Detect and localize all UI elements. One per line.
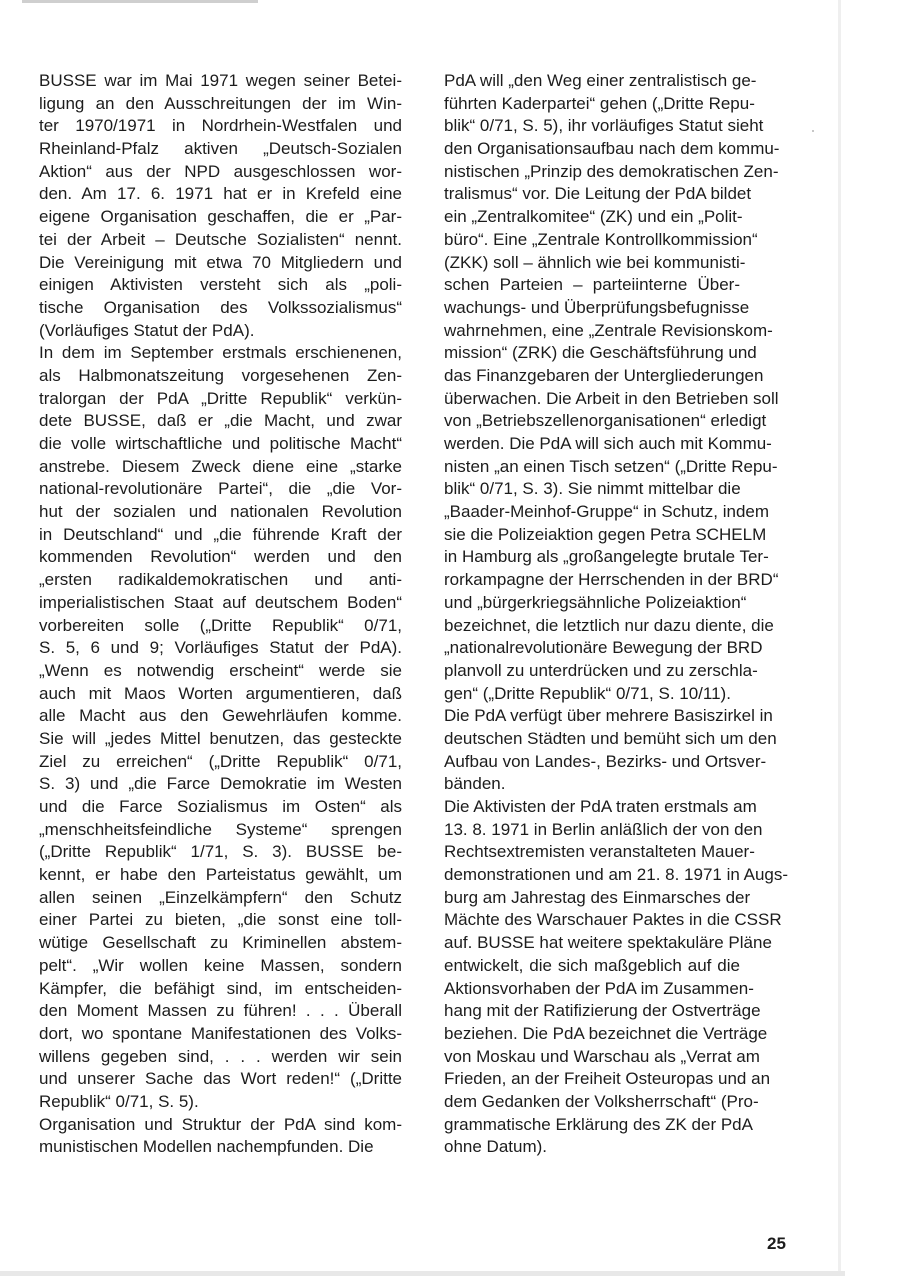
text-line: deutschen Städten und bemüht sich um den [444,728,740,751]
text-line: in Deutschland“ und „die führende Kraft … [39,524,402,547]
text-line: ligung an den Ausschreitungen der im Win… [39,93,402,116]
text-line: allen seinen „Einzelkämpfern“ den Schutz [39,887,402,910]
text-line: munistischen Modellen nachempfunden. Die [39,1136,402,1159]
text-line: („Dritte Republik“ 1/71, S. 3). BUSSE be… [39,841,402,864]
text-line: schen Parteien – parteiinterne Über- [444,274,740,297]
text-line: Frieden, an der Freiheit Osteuropas und … [444,1068,740,1091]
text-line: Die Aktivisten der PdA traten erstmals a… [444,796,740,819]
text-line: „nationalrevolutionäre Bewegung der BRD [444,637,740,660]
text-line: ohne Datum). [444,1136,740,1159]
text-line: Kämpfer, die befähigt sind, im entscheid… [39,978,402,1001]
text-line: büro“. Eine „Zentrale Kontrollkommission… [444,229,740,252]
text-line: wahrnehmen, eine „Zentrale Revisionskom- [444,320,740,343]
text-line: und „bürgerkriegsähnliche Polizeiaktion“ [444,592,740,615]
text-line: als Halbmonatszeitung vorgesehenen Zen- [39,365,402,388]
text-line: PdA will „den Weg einer zentralistisch g… [444,70,740,93]
text-line: pelt“. „Wir wollen keine Massen, sondern [39,955,402,978]
text-line: S. 3) und „die Farce Demokratie im Weste… [39,773,402,796]
text-line: wachungs- und Überprüfungsbefugnisse [444,297,740,320]
text-line: dem Gedanken der Volksherrschaft“ (Pro- [444,1091,740,1114]
text-line: alle Macht aus den Gewehrläufen komme. [39,705,402,728]
text-line: vorbereiten solle („Dritte Republik“ 0/7… [39,615,402,638]
text-line: rorkampagne der Herrschenden in der BRD“ [444,569,740,592]
text-line: tralismus“ vor. Die Leitung der PdA bild… [444,183,740,206]
text-line: 13. 8. 1971 in Berlin anläßlich der von … [444,819,740,842]
text-line: einigen Aktivisten versteht sich als „po… [39,274,402,297]
text-line: bezeichnet, die letztlich nur dazu dient… [444,615,740,638]
text-line: planvoll zu unterdrücken und zu zerschla… [444,660,740,683]
text-line: führten Kaderpartei“ gehen („Dritte Repu… [444,93,740,116]
scan-top-edge [22,0,258,3]
text-line: imperialistischen Staat auf deutschem Bo… [39,592,402,615]
left-text-column: BUSSE war im Mai 1971 wegen seiner Betei… [39,70,402,1159]
text-line: burg am Jahrestag des Einmarsches der [444,887,740,910]
text-line: wütige Gesellschaft zu Kriminellen abste… [39,932,402,955]
text-line: „menschheitsfeindliche Systeme“ sprengen [39,819,402,842]
text-line: blik“ 0/71, S. 5), ihr vorläufiges Statu… [444,115,740,138]
page-number: 25 [767,1234,786,1254]
text-line: nisten „an einen Tisch setzen“ („Dritte … [444,456,740,479]
text-line: Ziel zu erreichen“ („Dritte Republik“ 0/… [39,751,402,774]
text-line: Aktionsvorhaben der PdA im Zusammen- [444,978,740,1001]
text-line: den Moment Massen zu führen! . . . Übera… [39,1000,402,1023]
text-line: Sie will „jedes Mittel benutzen, das ges… [39,728,402,751]
text-line: die volle wirtschaftliche und politische… [39,433,402,456]
text-line: tralorgan der PdA „Dritte Republik“ verk… [39,388,402,411]
text-line: hut der sozialen und nationalen Revoluti… [39,501,402,524]
text-line: werden. Die PdA will sich auch mit Kommu… [444,433,740,456]
text-line: auch mit Maos Worten argumentieren, daß [39,683,402,706]
text-line: In dem im September erstmals erschienene… [39,342,402,365]
text-line: den Organisationsaufbau nach dem kommu- [444,138,740,161]
text-line: nistischen „Prinzip des demokratischen Z… [444,161,740,184]
text-line: Organisation und Struktur der PdA sind k… [39,1114,402,1137]
text-line: auf. BUSSE hat weitere spektakuläre Plän… [444,932,740,955]
text-line: hang mit der Ratifizierung der Ostverträ… [444,1000,740,1023]
text-line: kommenden Revolution“ werden und den [39,546,402,569]
text-line: Aktion“ aus der NPD ausgeschlossen wor- [39,161,402,184]
text-line: eigene Organisation geschaffen, die er „… [39,206,402,229]
text-line: Republik“ 0/71, S. 5). [39,1091,402,1114]
text-line: in Hamburg als „großangelegte brutale Te… [444,546,740,569]
text-line: willens gegeben sind, . . . werden wir s… [39,1046,402,1069]
text-line: bänden. [444,773,740,796]
text-line: tische Organisation des Volkssozialismus… [39,297,402,320]
text-line: einer Partei zu bieten, „die sonst eine … [39,909,402,932]
scan-bottom-edge [0,1271,845,1276]
text-line: ein „Zentralkomitee“ (ZK) und ein „Polit… [444,206,740,229]
right-text-column: PdA will „den Weg einer zentralistisch g… [444,70,740,1159]
scan-right-edge [838,0,841,1276]
text-line: überwachen. Die Arbeit in den Betrieben … [444,388,740,411]
text-line: anstrebe. Diesem Zweck diene eine „stark… [39,456,402,479]
text-line: grammatische Erklärung des ZK der PdA [444,1114,740,1137]
text-line: sie die Polizeiaktion gegen Petra SCHELM [444,524,740,547]
text-line: gen“ („Dritte Republik“ 0/71, S. 10/11). [444,683,740,706]
text-line: BUSSE war im Mai 1971 wegen seiner Betei… [39,70,402,93]
text-line: Mächte des Warschauer Paktes in die CSSR [444,909,740,932]
text-line: von Moskau und Warschau als „Verrat am [444,1046,740,1069]
text-line: „Wenn es notwendig erscheint“ werde sie [39,660,402,683]
text-line: national-revolutionäre Partei“, die „die… [39,478,402,501]
text-line: tei der Arbeit – Deutsche Sozialisten“ n… [39,229,402,252]
text-line: ter 1970/1971 in Nordrhein-Westfalen und [39,115,402,138]
text-line: entwickelt, die sich maßgeblich auf die [444,955,740,978]
text-line: Die Vereinigung mit etwa 70 Mitgliedern … [39,252,402,275]
text-line: von „Betriebszellenorganisationen“ erled… [444,410,740,433]
text-line: beziehen. Die PdA bezeichnet die Verträg… [444,1023,740,1046]
text-line: das Finanzgebaren der Untergliederungen [444,365,740,388]
text-line: dort, wo spontane Manifestationen des Vo… [39,1023,402,1046]
text-line: kennt, er habe den Parteistatus gewählt,… [39,864,402,887]
text-line: (Vorläufiges Statut der PdA). [39,320,402,343]
text-line: Die PdA verfügt über mehrere Basiszirkel… [444,705,740,728]
text-line: demonstrationen und am 21. 8. 1971 in Au… [444,864,740,887]
text-line: Rheinland-Pfalz aktiven „Deutsch-Soziale… [39,138,402,161]
text-line: und unserer Sache das Wort reden!“ („Dri… [39,1068,402,1091]
text-line: (ZKK) soll – ähnlich wie bei kommunisti- [444,252,740,275]
text-line: den. Am 17. 6. 1971 hat er in Krefeld ei… [39,183,402,206]
text-line: Aufbau von Landes-, Bezirks- und Ortsver… [444,751,740,774]
text-line: „Baader-Meinhof-Gruppe“ in Schutz, indem [444,501,740,524]
text-line: S. 5, 6 und 9; Vorläufiges Statut der Pd… [39,637,402,660]
text-line: dete BUSSE, daß er „die Macht, und zwar [39,410,402,433]
text-line: mission“ (ZRK) die Geschäftsführung und [444,342,740,365]
scan-speck [812,130,814,132]
text-line: und die Farce Sozialismus im Osten“ als [39,796,402,819]
text-line: „ersten radikaldemokratischen und anti- [39,569,402,592]
text-line: Rechtsextremisten veranstalteten Mauer- [444,841,740,864]
text-line: blik“ 0/71, S. 3). Sie nimmt mittelbar d… [444,478,740,501]
